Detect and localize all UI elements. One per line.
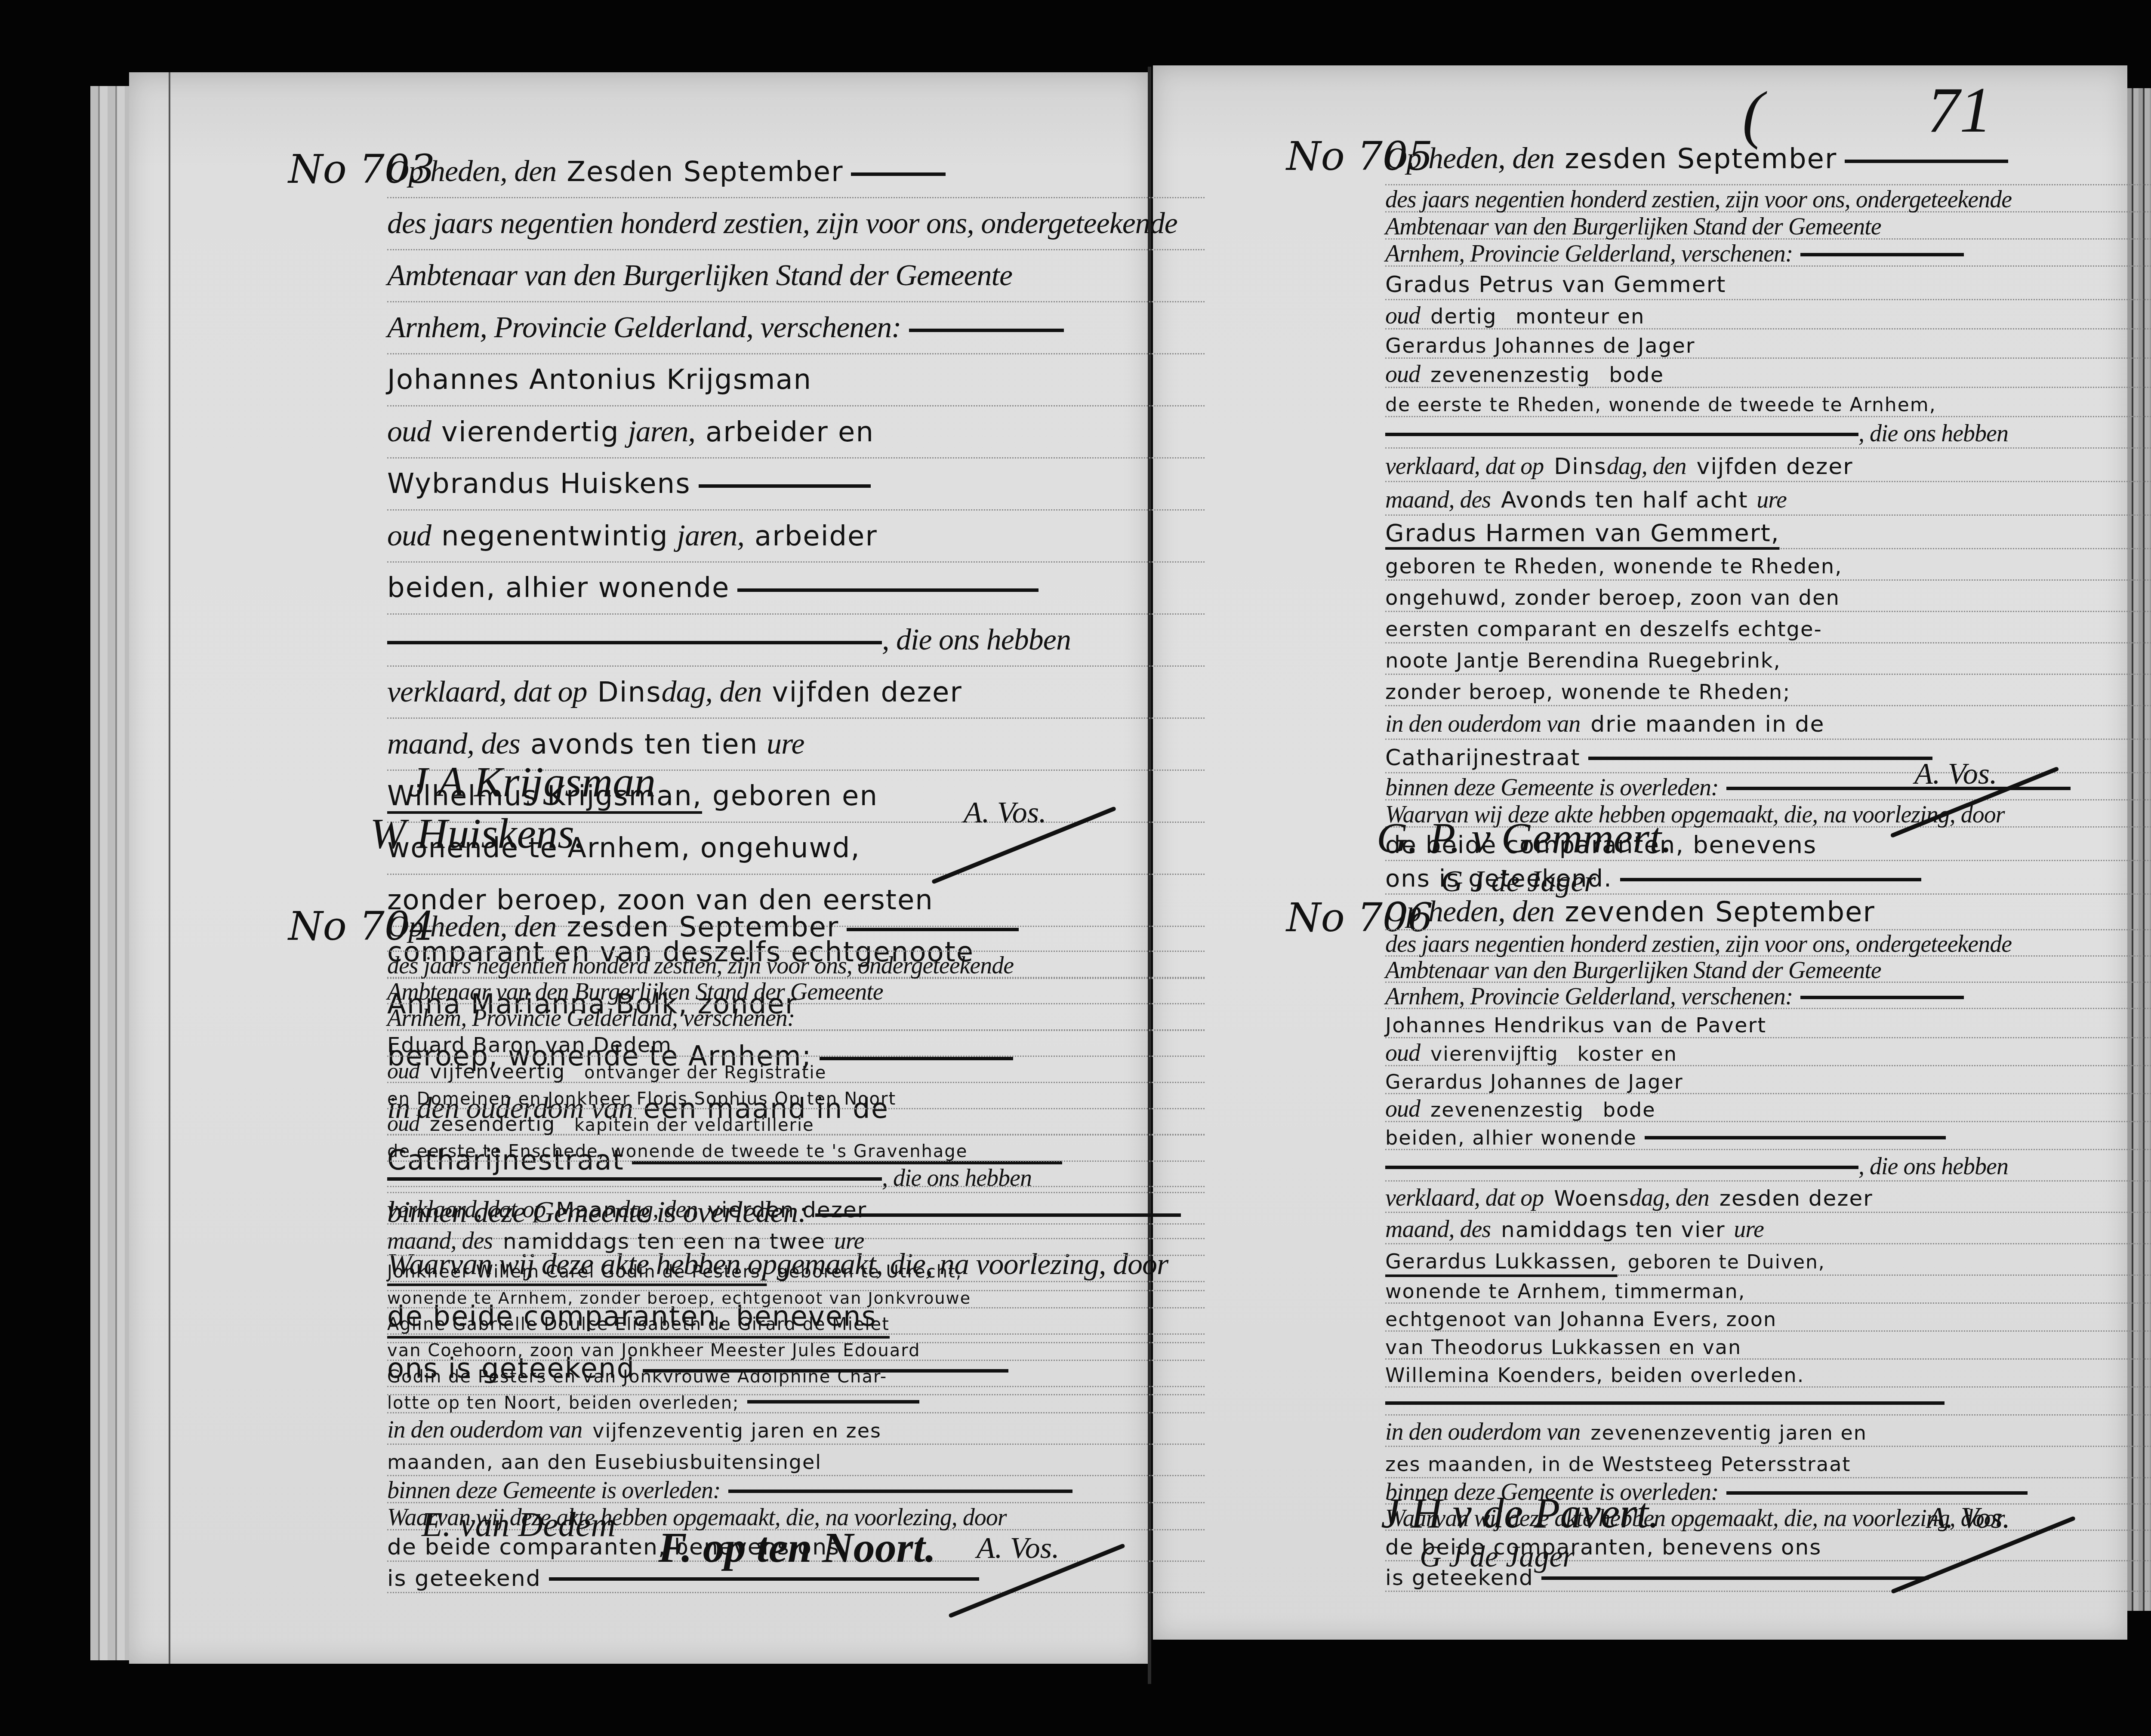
- deceased-born: geboren en: [712, 780, 878, 812]
- residence: de eerste te Enschede, wonende de tweede…: [387, 1142, 968, 1161]
- place-of-death: zes maanden, in de Weststeeg Petersstraa…: [1385, 1453, 1851, 1476]
- signature: J A Krijgsman: [409, 757, 656, 806]
- declarant-2-age: zesendertig: [430, 1112, 555, 1136]
- detail-line: zonder beroep, wonende te Rheden;: [1385, 680, 1790, 704]
- time-of-death: Avonds ten half acht: [1501, 487, 1748, 513]
- declarant-1-age: vierenvijftig: [1430, 1042, 1559, 1065]
- detail-line: Agline Gabrielle Doulce Elisabeth de Gir…: [387, 1314, 890, 1334]
- day-connector: dag, den: [661, 675, 761, 708]
- age-at-death: drie maanden in de: [1590, 711, 1824, 737]
- deceased-born: geboren te Utrecht,: [777, 1262, 962, 1282]
- form-in-age: in den ouderdom van: [1385, 711, 1580, 737]
- deceased-name: Jonkheer Willem Carel Godin de Pesters,: [387, 1262, 767, 1282]
- form-declared-that: verklaard, dat op: [387, 675, 587, 708]
- official-paraph: A. Vos.: [964, 796, 1047, 830]
- residence: beiden, alhier wonende: [1385, 1126, 1637, 1149]
- deceased-name: Gerardus Lukkassen,: [1385, 1250, 1618, 1274]
- weekday: Dins: [598, 677, 662, 708]
- signed-line: is geteekend: [387, 1566, 541, 1591]
- age-prefix: oud: [1385, 1096, 1420, 1122]
- day-of-death: zesden dezer: [1720, 1186, 1873, 1211]
- detail-line: wonende te Arnhem, zonder beroep, echtge…: [387, 1289, 971, 1308]
- weekday: Dins: [1554, 454, 1607, 480]
- month-connector: maand, des: [1385, 486, 1491, 513]
- form-died-here: binnen deze Gemeente is overleden:: [1385, 774, 1719, 801]
- place-of-death: maanden, aan den Eusebiusbuitensingel: [387, 1450, 822, 1474]
- record-date: zevenden September: [1565, 896, 1875, 928]
- form-in-age: in den ouderdom van: [1385, 1419, 1580, 1445]
- form-year: des jaars negentien honderd zestien, zij…: [387, 952, 1014, 979]
- official-paraph: A. Vos.: [1927, 1501, 2010, 1536]
- detail-line: noote Jantje Berendina Ruegebrink,: [1385, 649, 1781, 673]
- signature: W Huiskens.: [370, 809, 585, 858]
- form-declared: , die ons hebben: [1858, 1153, 2008, 1180]
- detail-line: lotte op ten Noort, beiden overleden;: [387, 1393, 740, 1413]
- hour-suffix: ure: [1757, 486, 1787, 513]
- signature: G J de Jager: [1441, 865, 1596, 899]
- month-connector: maand, des: [387, 1228, 493, 1254]
- declarant-1-age: vijfenveertig: [430, 1060, 565, 1083]
- hour-suffix: ure: [767, 727, 804, 760]
- record-704: No 704 Op heden, denzesden September des…: [387, 903, 1205, 1593]
- form-declared: , die ons hebben: [1858, 420, 2008, 447]
- form-year: des jaars negentien honderd zestien, zij…: [387, 207, 1177, 240]
- detail-line: van Coehoorn, zoon van Jonkheer Meester …: [387, 1341, 920, 1360]
- declarant-1: Eduard Baron van Dedem: [387, 1033, 672, 1057]
- day-connector: dag, den: [618, 1196, 697, 1223]
- signature: G J de Jager: [1420, 1540, 1575, 1574]
- declarant-1: Gradus Petrus van Gemmert: [1385, 272, 1726, 298]
- record-date: zesden September: [1565, 143, 1837, 175]
- form-place: Arnhem, Provincie Gelderland, verschenen…: [387, 311, 901, 344]
- hour-suffix: ure: [834, 1228, 864, 1254]
- detail-line: eersten comparant en deszelfs echtge-: [1385, 617, 1822, 641]
- day-of-death: vijfden dezer: [772, 677, 962, 708]
- month-connector: maand, des: [1385, 1216, 1491, 1243]
- declarant-1-job: arbeider en: [706, 416, 874, 448]
- left-margin-rule: [169, 72, 170, 1664]
- day-connector: dag, den: [1630, 1185, 1709, 1211]
- form-opening: Op heden, den: [387, 910, 556, 943]
- form-official: Ambtenaar van den Burgerlijken Stand der…: [387, 259, 1012, 292]
- age-at-death: zevenenzeventig jaren en: [1590, 1421, 1867, 1444]
- form-declared-that: verklaard, dat op: [1385, 1185, 1544, 1211]
- detail-line: Willemina Koenders, beiden overleden.: [1385, 1364, 1804, 1387]
- official-paraph: A. Vos.: [977, 1531, 1060, 1566]
- time-of-death: namiddags ten een na twee: [503, 1229, 826, 1254]
- time-of-death: namiddags ten vier: [1501, 1217, 1725, 1242]
- month-connector: maand, des: [387, 727, 520, 760]
- declarant-1-age: vierendertig: [441, 416, 619, 448]
- age-suffix: jaren,: [677, 519, 744, 552]
- declarant-1-job: koster en: [1578, 1042, 1677, 1065]
- declarant-2-age: zevenenzestig: [1430, 1098, 1584, 1121]
- age-prefix: oud: [387, 519, 431, 552]
- record-date: Zesden September: [567, 156, 843, 188]
- day-connector: dag, den: [1607, 453, 1686, 480]
- declarant-2: en Domeinen en Jonkheer Floris Sophius O…: [387, 1089, 896, 1109]
- form-official: Ambtenaar van den Burgerlijken Stand der…: [1385, 957, 1881, 984]
- declarant-1-job: ontvanger der Registratie: [584, 1063, 826, 1083]
- age-prefix: oud: [387, 1059, 419, 1083]
- deceased-born: geboren te Duiven,: [1628, 1251, 1825, 1273]
- declarant-1-job: monteur en: [1516, 305, 1645, 329]
- age-at-death: vijfenzeventig jaren en zes: [592, 1419, 881, 1442]
- declarant-2: Gerardus Johannes de Jager: [1385, 1070, 1683, 1093]
- record-date: zesden September: [567, 911, 839, 943]
- age-suffix: jaren,: [628, 415, 695, 448]
- form-official: Ambtenaar van den Burgerlijken Stand der…: [387, 979, 883, 1005]
- declarant-2-job: arbeider: [755, 520, 878, 552]
- age-prefix: oud: [1385, 1040, 1420, 1066]
- signature: F. op ten Noort.: [658, 1523, 936, 1572]
- form-declared: , die ons hebben: [882, 623, 1071, 656]
- form-declared: , die ons hebben: [882, 1165, 1032, 1191]
- declarant-1: Johannes Hendrikus van de Pavert: [1385, 1013, 1766, 1037]
- form-place: Arnhem, Provincie Gelderland, verschenen…: [1385, 240, 1793, 267]
- day-of-death: vierden dezer: [708, 1197, 867, 1222]
- residence: de eerste te Rheden, wonende de tweede t…: [1385, 394, 1936, 416]
- declarant-2-job: kapitein der veldartillerie: [574, 1115, 814, 1135]
- residence: beiden, alhier wonende: [387, 572, 730, 604]
- declarant-2-age: negenentwintig: [441, 520, 669, 552]
- age-prefix: oud: [1385, 361, 1420, 388]
- form-opening: Op heden, den: [387, 155, 556, 188]
- weekday: Woens: [1554, 1186, 1630, 1211]
- form-declared-that: verklaard, dat op: [387, 1196, 545, 1223]
- form-opening: Op heden, den: [1385, 142, 1554, 175]
- signature: J H v de Pavert.: [1381, 1488, 1659, 1538]
- detail-line: wonende te Arnhem, timmerman,: [1385, 1280, 1745, 1303]
- record-706: No 706 Op heden, denzevenden September d…: [1385, 895, 2151, 1592]
- form-opening: Op heden, den: [1385, 895, 1554, 928]
- declarant-1-age: dertig: [1430, 305, 1497, 329]
- form-year: des jaars negentien honderd zestien, zij…: [1385, 931, 2012, 957]
- declarant-2: Wybrandus Huiskens: [387, 468, 691, 500]
- place-of-death: Catharijnestraat: [1385, 745, 1581, 771]
- form-place: Arnhem, Provincie Gelderland, verschenen…: [1385, 983, 1793, 1010]
- form-official: Ambtenaar van den Burgerlijken Stand der…: [1385, 213, 1881, 240]
- age-prefix: oud: [387, 1111, 419, 1136]
- declarant-2: Gerardus Johannes de Jager: [1385, 334, 1695, 358]
- weekday: Maan: [556, 1197, 618, 1222]
- record-705: No 705 Op heden, denzesden September des…: [1385, 133, 2151, 895]
- form-died-here: binnen deze Gemeente is overleden:: [387, 1477, 721, 1504]
- book-edge-left: [90, 86, 129, 1660]
- age-prefix: oud: [387, 415, 431, 448]
- declarant-2-job: bode: [1609, 363, 1664, 387]
- form-year: des jaars negentien honderd zestien, zij…: [1385, 186, 2012, 213]
- detail-line: ongehuwd, zonder beroep, zoon van den: [1385, 586, 1840, 610]
- declarant-1: Johannes Antonius Krijgsman: [387, 364, 812, 396]
- detail-line: Godin de Pesters en van Jonkvrouwe Adolp…: [387, 1367, 887, 1387]
- form-place: Arnhem, Provincie Gelderland, verschenen…: [387, 1005, 795, 1031]
- official-paraph: A. Vos.: [1914, 757, 1997, 791]
- form-declared-that: verklaard, dat op: [1385, 453, 1544, 480]
- day-of-death: vijfden dezer: [1697, 454, 1853, 480]
- declarant-2-age: zevenenzestig: [1430, 363, 1590, 387]
- detail-line: geboren te Rheden, wonende te Rheden,: [1385, 554, 1842, 579]
- age-prefix: oud: [1385, 302, 1420, 329]
- deceased-name: Gradus Harmen van Gemmert,: [1385, 519, 1779, 547]
- detail-line: van Theodorus Lukkassen en van: [1385, 1336, 1741, 1359]
- time-of-death: avonds ten tien: [530, 729, 758, 760]
- signature: G. P. v Gemmert.: [1377, 813, 1672, 862]
- declarant-2-job: bode: [1603, 1098, 1656, 1121]
- detail-line: echtgenoot van Johanna Evers, zoon: [1385, 1308, 1777, 1331]
- form-in-age: in den ouderdom van: [387, 1416, 582, 1443]
- signature: E. van Dedem: [422, 1505, 616, 1545]
- hour-suffix: ure: [1734, 1216, 1764, 1243]
